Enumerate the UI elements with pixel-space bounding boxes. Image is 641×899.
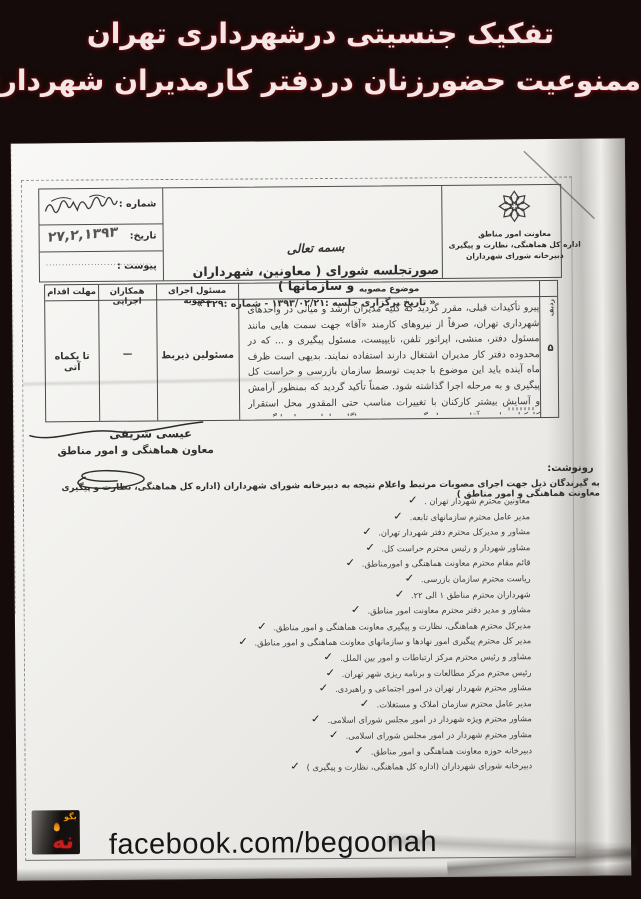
checkmark-icon: ✓ [324,668,336,679]
cc-list-item: مشاور و مدیرکل محترم دفتر شهردار تهران. … [363,526,530,538]
facebook-url: facebook.com/begoonah [109,826,437,862]
begoonah-logo: بگو نه [32,810,80,854]
checkmark-icon: ✓ [359,699,371,710]
cc-item-text: مشاور و رئیس محترم مرکز ارتباطات و امور … [340,651,531,663]
cc-item-text: دبیرخانه شورای شهرداران (اداره کل هماهنگ… [307,760,533,772]
checkmark-icon: ✓ [364,543,376,554]
paper-bottom-shadow [17,863,631,880]
cc-item-text: قائم مقام محترم معاونت هماهنگی و امورمنا… [362,558,531,570]
cc-item-text: شهرداران محترم مناطق ۱ الی ۲۲. [411,589,531,600]
checkmark-icon: ✓ [392,511,404,522]
cc-list-item: مشاور محترم ویژه شهردار در امور مجلس شور… [312,713,532,725]
cc-item-text: مدیر کل محترم پیگیری امور نهادها و سازما… [254,636,531,649]
checkmark-icon: ✓ [353,746,365,757]
banner-line-1: تفکیک جنسیتی درشهرداری تهران [0,10,641,57]
handwritten-date: ۲۷,۲,۱۳۹۳ [47,224,119,246]
resolution-table: ردیف موضوع مصوبه مسئول اجرای مصوبه همکار… [44,280,559,422]
cc-item-text: مشاور محترم ویژه شهردار در امور مجلس شور… [328,713,532,725]
cc-label: رونوشت: [547,463,594,474]
checkmark-icon: ✓ [256,622,268,633]
checkmark-icon: ✓ [344,559,356,570]
cc-list-item: رئیس محترم مرکز مطالعات و برنامه ریزی شه… [326,667,531,679]
cc-item-text: مدیر عامل محترم سازمان املاک و مستغلات. [376,698,531,710]
checkmark-icon: ✓ [237,638,249,649]
cc-item-text: مشاور و مدیر دفتر محترم معاونت امور مناط… [367,604,531,616]
checkmark-icon: ✓ [310,715,322,726]
collaborators-value: — [99,348,157,360]
attachment-dotted-line: ................................. [46,258,153,267]
checkmark-icon: ✓ [407,496,419,507]
cc-item-text: مشاور محترم شهردار تهران در امور اجتماعی… [335,682,532,694]
letterhead-block: معاونت امور مناطق اداره کل هماهنگی، نظار… [441,185,588,278]
cc-item-text: مشاور محترم شهردار در امور مجلس شورای اس… [346,729,532,741]
cc-list-item: مدیرکل محترم هماهنگی، نظارت و پیگیری معا… [258,620,531,633]
column-header-executor: مسئول اجرای مصوبه [156,286,238,307]
signatory-name: عیسی شریفی [109,426,192,441]
cc-item-text: رئیس محترم مرکز مطالعات و برنامه ریزی شه… [342,667,532,679]
cc-item-text: مدیر عامل محترم سازمانهای تابعه. [410,511,530,522]
cc-item-text: ریاست محترم سازمان بازرسی. [421,573,531,584]
logo-top-text: بگو [64,812,77,821]
row-index: ۵ [547,343,553,354]
cc-item-text: دبیرخانه حوزه معاونت هماهنگی و امور مناط… [371,745,532,757]
cc-list-item: دبیرخانه شورای شهرداران (اداره کل هماهنگ… [291,760,532,773]
microprint-code [508,407,534,410]
municipality-emblem-icon [496,188,532,224]
cc-list-item: مشاور محترم شهردار در امور مجلس شورای اس… [330,729,532,741]
banner-line-2: ممنوعیت حضورزنان دردفتر کارمدیران شهردار… [0,57,641,104]
checkmark-icon: ✓ [289,762,301,773]
cc-list-item: دبیرخانه حوزه معاونت هماهنگی و امور مناط… [355,745,532,757]
org-line-3: دبیرخانه شورای شهرداران [442,250,588,262]
deadline-value: تا یکماه آتی [46,351,99,373]
table-line [40,250,163,252]
checkmark-icon: ✓ [350,605,362,616]
cc-item-text: مشاور و مدیرکل محترم دفتر شهردار تهران. [378,526,530,538]
cc-list: معاونین محترم شهردار تهران . ✓ مدیر عامل… [238,495,532,773]
cc-item-text: معاونین محترم شهردار تهران . [424,495,530,506]
checkmark-icon: ✓ [318,684,330,695]
cc-list-item: مشاور شهردار و رئیس محترم حراست کل. ✓ [366,542,530,554]
cc-list-item: معاونین محترم شهردار تهران . ✓ [409,495,530,506]
checkmark-icon: ✓ [361,527,373,538]
cc-list-item: مدیر عامل محترم سازمان املاک و مستغلات. … [361,698,532,710]
cc-list-item: ریاست محترم سازمان بازرسی. ✓ [405,573,530,584]
cc-list-item: مدیر عامل محترم سازمانهای تابعه. ✓ [394,511,530,523]
cc-item-text: مشاور شهردار و رئیس محترم حراست کل. [381,542,530,554]
logo-main-text: نه [52,829,74,854]
column-header-radif: ردیف [547,299,555,316]
executor-value: مسئولین ذیربط [157,350,239,362]
column-header-subject: موضوع مصوبه [239,283,539,296]
scanned-document-paper: شماره : تاریخ: پیوست : ۲۷,۲,۱۳۹۳ .......… [11,138,631,880]
cc-list-item: شهرداران محترم مناطق ۱ الی ۲۲. ✓ [396,589,531,601]
signatory-title: معاون هماهنگی و امور مناطق [57,444,213,457]
cc-list-item: مدیر کل محترم پیگیری امور نهادها و سازما… [239,636,531,649]
banner-headline: تفکیک جنسیتی درشهرداری تهران ممنوعیت حضو… [0,10,641,104]
cc-list-item: قائم مقام محترم معاونت هماهنگی و امورمنا… [346,558,530,570]
cc-list-item: مشاور و مدیر دفتر محترم معاونت امور مناط… [352,604,531,616]
resolution-subject-text: پیرو تأکیدات قبلی، مقرر گردید که کلیه مد… [247,300,540,417]
besmellah: بسمه تعالی [190,236,442,261]
column-header-collaborators: همکاران اجرایی [98,286,156,307]
checkmark-icon: ✓ [323,652,335,663]
reference-box: شماره : تاریخ: پیوست : ۲۷,۲,۱۳۹۳ .......… [39,188,163,281]
handwritten-number-scribble [41,189,131,224]
cc-list-item: مشاور و رئیس محترم مرکز ارتباطات و امور … [325,651,532,663]
org-line-2: اداره کل هماهنگی، نظارت و پیگیری [442,239,588,251]
date-label: تاریخ: [130,230,157,241]
cc-item-text: مدیرکل محترم هماهنگی، نظارت و پیگیری معا… [273,620,531,633]
column-header-deadline: مهلت اقدام [45,287,98,297]
checkmark-icon: ✓ [394,589,406,600]
poster-image: تفکیک جنسیتی درشهرداری تهران ممنوعیت حضو… [0,0,641,899]
checkmark-icon: ✓ [403,574,415,585]
paper-fold-line [11,144,17,614]
cc-list-item: مشاور محترم شهردار تهران در امور اجتماعی… [320,682,532,694]
checkmark-icon: ✓ [328,730,340,741]
letterhead-table: شماره : تاریخ: پیوست : ۲۷,۲,۱۳۹۳ .......… [38,184,562,283]
